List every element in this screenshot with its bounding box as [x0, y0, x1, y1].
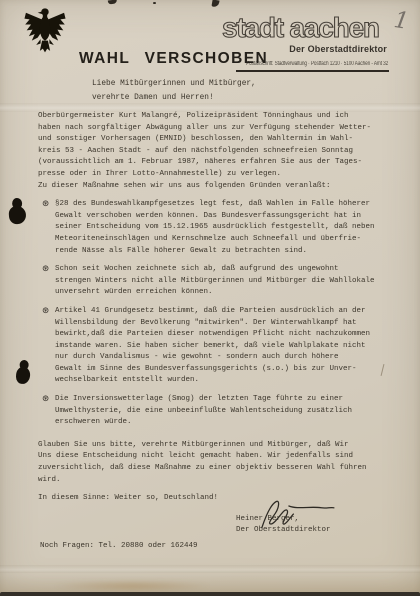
letter-body: Oberbürgermeister Kurt Malangré, Polizei… — [38, 111, 386, 537]
paper-stain — [52, 580, 212, 592]
stadt-aachen-logo: stadt aachen — [222, 12, 379, 44]
bullet-text: §28 des Bundeswahlkampfgesetzes legt fes… — [55, 199, 386, 257]
bullet-item: ⊛ Die Inversionswetterlage (Smog) der le… — [38, 394, 386, 429]
paper-speck — [211, 0, 219, 8]
contact-phone-line: Noch Fragen: Tel. 20880 oder 162449 — [40, 541, 198, 553]
letterhead-rule — [236, 70, 389, 72]
circled-asterisk-bullet-icon: ⊛ — [38, 264, 55, 299]
handwritten-signature — [254, 497, 340, 538]
paper-crease — [0, 565, 420, 573]
paper-bottom-edge — [0, 592, 420, 596]
salutation: Liebe Mitbürgerinnen und Mitbürger, vere… — [92, 78, 256, 105]
circled-asterisk-bullet-icon: ⊛ — [38, 199, 55, 257]
circled-asterisk-bullet-icon: ⊛ — [38, 306, 55, 387]
signature-block: Heiner Berger, Der Oberstadtdirektor — [236, 514, 386, 537]
paper-speck — [153, 2, 156, 4]
paper-speck — [108, 0, 117, 4]
letter-page: stadt aachen Der Oberstadtdirektor Posta… — [0, 0, 420, 596]
bullet-text: Artikel 41 Grundgesetz bestimmt, daß die… — [55, 306, 386, 387]
bullet-item: ⊛ Artikel 41 Grundgesetz bestimmt, daß d… — [38, 306, 386, 387]
closing-paragraph: Glauben Sie uns bitte, verehrte Mitbürge… — [38, 440, 386, 486]
lead-in-line: Zu dieser Maßnahme sehen wir uns aus fol… — [38, 181, 386, 193]
letter-title: WAHL VERSCHOBEN — [79, 50, 268, 68]
ink-blob — [7, 197, 29, 234]
bullet-text: Die Inversionswetterlage (Smog) der letz… — [55, 394, 386, 429]
bullet-item: ⊛ Schon seit Wochen zeichnete sich ab, d… — [38, 264, 386, 299]
bullet-text: Schon seit Wochen zeichnete sich ab, daß… — [55, 264, 386, 299]
handwritten-page-number: 1 — [392, 7, 411, 35]
letterhead-office: Der Oberstadtdirektor — [289, 44, 387, 54]
circled-asterisk-bullet-icon: ⊛ — [38, 394, 55, 429]
intro-paragraph: Oberbürgermeister Kurt Malangré, Polizei… — [38, 111, 386, 181]
ink-blob — [15, 360, 33, 395]
bullet-item: ⊛ §28 des Bundeswahlkampfgesetzes legt f… — [38, 199, 386, 257]
aachen-eagle-icon — [23, 6, 67, 67]
